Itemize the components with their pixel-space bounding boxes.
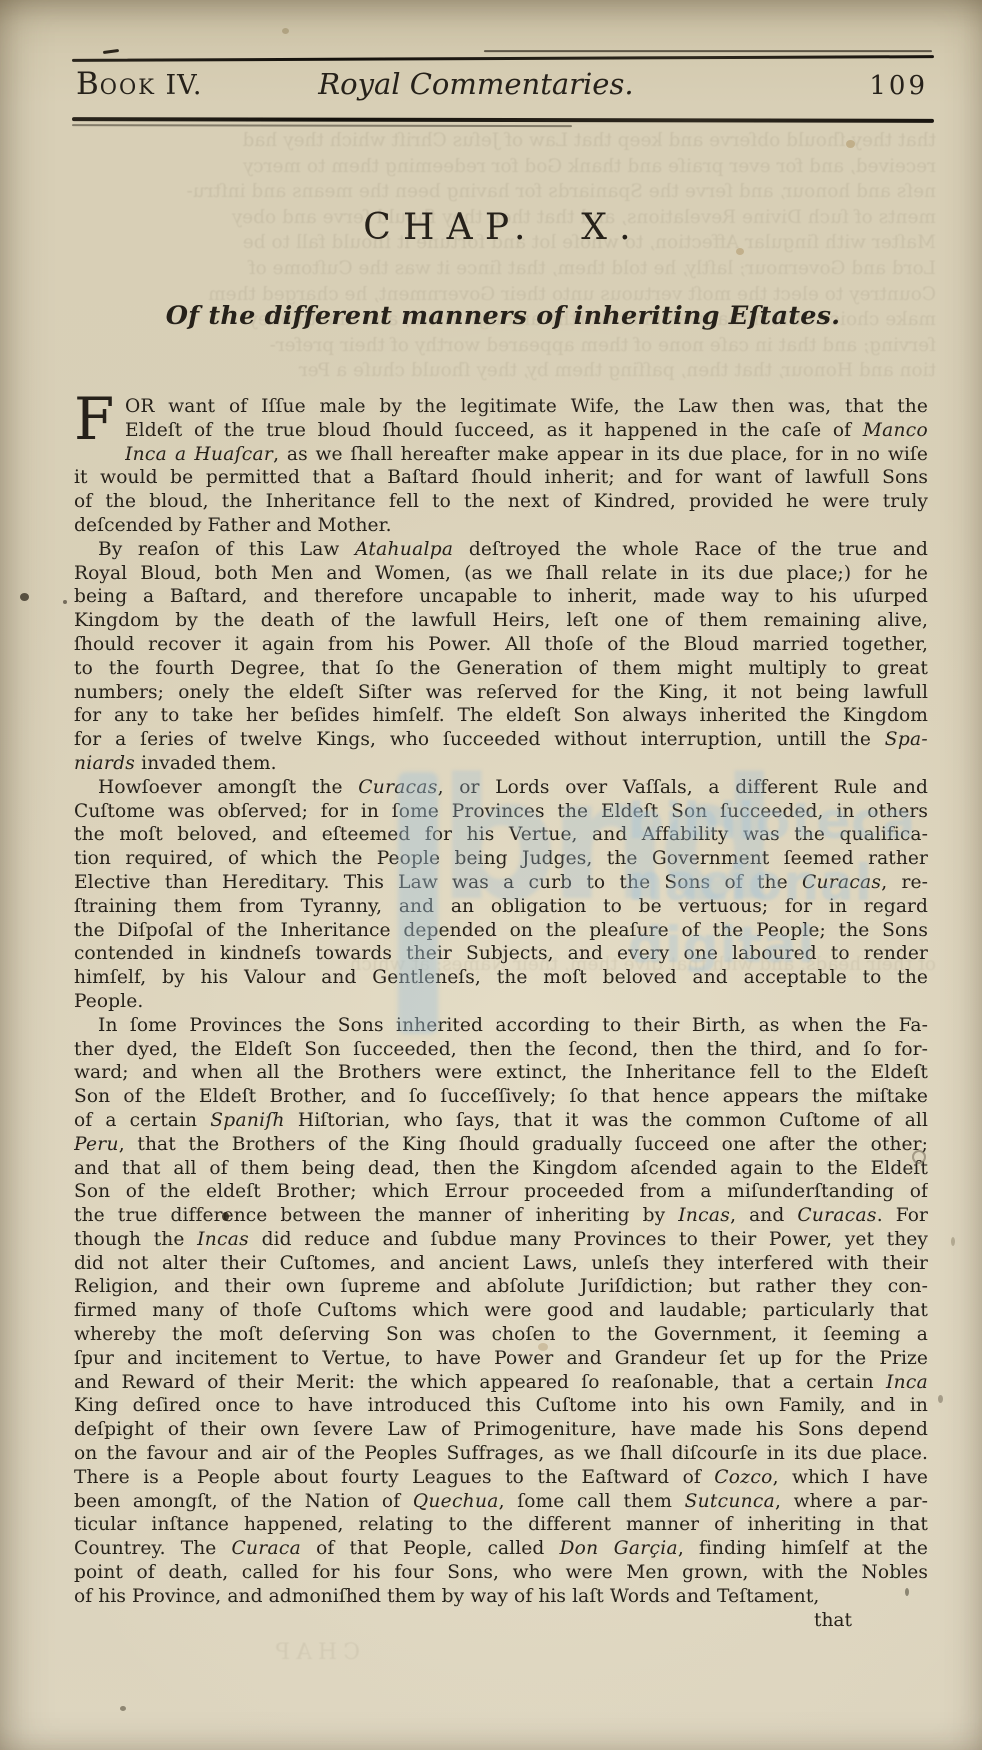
text-line: Son of the Eldeſt Brother, and ſo ſucceſ…	[74, 1085, 928, 1109]
ink-speck	[63, 600, 67, 604]
text-line: the Diſpoſal of the Inheritance depended…	[74, 919, 928, 943]
text-line: and Reward of their Merit: the which app…	[74, 1371, 928, 1395]
bleedthrough-line: CHAP	[60, 1640, 360, 1666]
text-line: ward; and when all the Brothers were ext…	[74, 1061, 928, 1085]
text-line: Peru, that the Brothers of the King ſhou…	[74, 1133, 928, 1157]
text-line: being a Baſtard, and therefore uncapable…	[74, 585, 928, 609]
bleedthrough-line: that they ſhould obſerve and keep that L…	[70, 128, 936, 154]
running-header: BOOK IV. Royal Commentaries. 109	[76, 66, 928, 110]
text-line: ſhould recover it again from his Power. …	[74, 633, 928, 657]
text-line: though the Incas did reduce and ſubdue m…	[74, 1228, 928, 1252]
bleedthrough-text-top: that they ſhould obſerve and keep that L…	[70, 128, 936, 384]
text-line: firmed many of thoſe Cuſtoms which were …	[74, 1299, 928, 1323]
chapter-subtitle: Of the different manners of inheriting E…	[72, 301, 934, 331]
chapter-heading: CHAP. X.	[72, 207, 934, 248]
bleedthrough-line: tion and Honour, that then, paſſing them…	[70, 358, 936, 384]
text-line: Royal Bloud, both Men and Women, (as we …	[74, 562, 928, 586]
text-line: and that all of them being dead, then th…	[74, 1157, 928, 1181]
text-line: Kingdom by the death of the lawfull Heir…	[74, 609, 928, 633]
body-text: FOR want of Iſſue male by the legitimate…	[74, 395, 928, 1632]
text-line: People.	[74, 990, 928, 1014]
text-line: himſelf, by his Valour and Gentleneſs, t…	[74, 966, 928, 990]
ink-speck	[282, 28, 289, 34]
bleedthrough-text-bottom: CHAP	[60, 1640, 360, 1666]
text-line: the moſt beloved, and eſteemed for his V…	[74, 823, 928, 847]
text-line: By reaſon of this Law Atahualpa deſtroye…	[74, 538, 928, 562]
text-line: Inca a Huaſcar, as we ſhall hereafter ma…	[125, 443, 928, 467]
text-line: the true difference between the manner o…	[74, 1204, 928, 1228]
book-page-scan: that they ſhould obſerve and keep that L…	[0, 0, 982, 1750]
bleedthrough-line: ſerving; and that in caſe none of them a…	[70, 333, 936, 359]
text-line: of his Province, and admoniſhed them by …	[74, 1585, 928, 1609]
text-line: There is a People about fourty Leagues t…	[74, 1466, 928, 1490]
ink-speck	[938, 1395, 943, 1403]
text-line: ſpur and incitement to Vertue, to have P…	[74, 1347, 928, 1371]
text-line: point of death, called for his four Sons…	[74, 1561, 928, 1585]
text-line: Cuſtome was obſerved; for in ſome Provin…	[74, 800, 928, 824]
ink-speck	[736, 248, 744, 255]
text-line: numbers; onely the eldeſt Siſter was reſ…	[74, 681, 928, 705]
text-line: deſpight of their own ſevere Law of Prim…	[74, 1418, 928, 1442]
text-line: did not alter their Cuſtomes, and ancien…	[74, 1252, 928, 1276]
book-label-initial: B	[76, 66, 100, 102]
book-label-smallcaps: OOK	[100, 75, 156, 99]
text-line: King deſired once to have introduced thi…	[74, 1394, 928, 1418]
text-line: deſcended by Father and Mother.	[74, 514, 928, 538]
book-label-numeral: IV.	[156, 70, 203, 101]
text-line: for any to take her beſides himſelf. The…	[74, 704, 928, 728]
paragraph: In ſome Provinces the Sons inherited acc…	[74, 1014, 928, 1609]
paragraph: By reaſon of this Law Atahualpa deſtroye…	[74, 538, 928, 776]
text-line: on the favour and air of the Peoples Suf…	[74, 1442, 928, 1466]
text-line: Son of the eldeſt Brother; which Errour …	[74, 1180, 928, 1204]
header-rule-dash	[103, 49, 119, 54]
text-line: Countrey. The Curaca of that People, cal…	[74, 1537, 928, 1561]
text-line: Elective than Hereditary. This Law was a…	[74, 871, 928, 895]
text-line: OR want of Iſſue male by the legitimate …	[125, 395, 928, 419]
ink-speck	[951, 1237, 955, 1246]
paragraph: Howſoever amongſt the Curacas, or Lords …	[74, 776, 928, 1014]
ink-speck	[846, 140, 855, 148]
text-line: of the bloud, the Inheritance fell to th…	[74, 490, 928, 514]
text-line: ticular inſtance happened, relating to t…	[74, 1513, 928, 1537]
ink-speck	[20, 593, 29, 601]
text-line: Eldeſt of the true bloud ſhould ſucceed,…	[125, 419, 928, 443]
text-line: of a certain Spaniſh Hiſtorian, who ſays…	[74, 1109, 928, 1133]
text-line: Religion, and their own ſupreme and abſo…	[74, 1275, 928, 1299]
running-title: Royal Commentaries.	[203, 67, 870, 101]
bleedthrough-line: received, and for ever praiſe and thank …	[70, 154, 936, 180]
header-rule-top	[72, 55, 934, 62]
catchword: that	[74, 1609, 928, 1633]
drop-cap: F	[74, 396, 118, 443]
text-line: niards invaded them.	[74, 752, 928, 776]
text-line: whereby the moſt deſerving Son was choſe…	[74, 1323, 928, 1347]
text-line: ther dyed, the Eldeſt Son ſucceeded, the…	[74, 1038, 928, 1062]
paragraph: FOR want of Iſſue male by the legitimate…	[74, 395, 928, 538]
book-label: BOOK IV.	[76, 66, 203, 102]
text-line: contended in kindneſs towards their Subj…	[74, 942, 928, 966]
page-number: 109	[869, 71, 928, 101]
text-line: Howſoever amongſt the Curacas, or Lords …	[74, 776, 928, 800]
text-line: ſtraining them from Tyranny, and an obli…	[74, 895, 928, 919]
text-line: tion required, of which the People being…	[74, 847, 928, 871]
text-line: for a ſeries of twelve Kings, who ſuccee…	[74, 728, 928, 752]
text-line: In ſome Provinces the Sons inherited acc…	[74, 1014, 928, 1038]
text-line: it would be permitted that a Baſtard ſho…	[74, 466, 928, 490]
bleedthrough-line: neſs and honour, and ſerve the Spaniards…	[70, 179, 936, 205]
bleedthrough-line: Lord and Governour; laſtly, he told them…	[70, 256, 936, 282]
ink-speck	[120, 1706, 126, 1711]
text-line: been amongſt, of the Nation of Quechua, …	[74, 1490, 928, 1514]
header-rule-bottom	[72, 117, 934, 123]
text-line: to the fourth Degree, that ſo the Genera…	[74, 657, 928, 681]
